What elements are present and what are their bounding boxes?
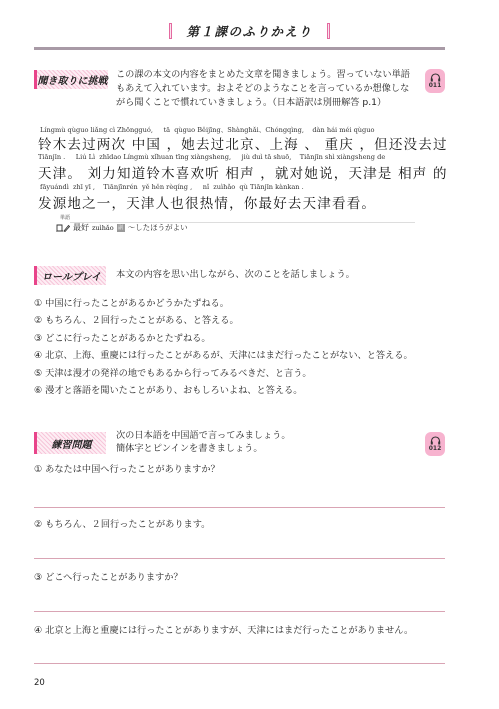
exercise-section-tag: 練習問題 xyxy=(34,432,106,454)
exercise-instructions: 次の日本語を中国語で言ってみましょう。 簡体字とピンインを書きましょう。 xyxy=(116,429,396,455)
answer-line[interactable] xyxy=(34,663,445,664)
listening-instructions: この課の本文の内容をまとめた文章を聞きましょう。習っていない単語 もあえて入れて… xyxy=(116,68,416,110)
roleplay-item: ① 中国に行ったことがあるかどうかたずねる。 xyxy=(34,295,413,312)
roleplay-item: ④ 北京、上海、重慶には行ったことがあるが、天津にはまだ行ったことがない、と答え… xyxy=(34,347,413,364)
roleplay-list: ① 中国に行ったことがあるかどうかたずねる。 ② もちろん、２回行ったことがある… xyxy=(34,295,413,399)
audio-track-number: 011 xyxy=(429,82,442,89)
roleplay-section-tag: ロールプレイ xyxy=(34,266,106,285)
hanzi-line: 铃木去过两次 中国 ，她去过北京、上海 、 重庆 ，但还没去过 xyxy=(38,133,448,153)
headphones-icon xyxy=(430,436,441,445)
exercise-question: ① あなたは中国へ行ったことがありますか？ xyxy=(34,461,220,475)
hanzi-line: 发源地之一，天津人也很热情，你最好去天津看看。 xyxy=(38,192,376,212)
exercise-question: ③ どこへ行ったことがありますか？ xyxy=(34,569,183,583)
answer-line[interactable] xyxy=(34,507,445,508)
title-bracket-left xyxy=(169,23,172,39)
exercise-instruction-line: 次の日本語を中国語で言ってみましょう。 xyxy=(116,429,396,442)
roleplay-item: ② もちろん、２回行ったことがある、と答える。 xyxy=(34,312,413,329)
hanzi-line: 天津。 刘力知道铃木喜欢听 相声 ，就对她说，天津是 相声 的 xyxy=(38,162,448,182)
audio-track-number: 012 xyxy=(429,445,442,452)
pinyin-line: Tiānjīn . Liú Lì zhīdao Língmù xǐhuan tī… xyxy=(38,153,385,161)
listening-instruction-line: もあえて入れています。およそどのようなことを言っているか想像しな xyxy=(116,82,416,96)
vocab-item: 最好 zuìhǎo 副 ～したほうがよい xyxy=(56,222,188,233)
exercise-question: ④ 北京と上海と重慶には行ったことがありますが、天津にはまだ行ったことがありませ… xyxy=(34,622,413,636)
roleplay-instruction: 本文の内容を思い出しながら、次のことを話しましょう。 xyxy=(116,268,416,282)
book-pencil-icon xyxy=(56,223,70,232)
listening-instruction-line: がら聞くことで慣れていきましょう。（日本語訳は別冊解答 p.1） xyxy=(116,96,416,110)
title-bracket-right xyxy=(327,23,330,39)
answer-line[interactable] xyxy=(34,558,445,559)
vocab-part-of-speech: 副 xyxy=(117,224,125,232)
headphones-icon xyxy=(430,73,441,82)
listening-section-tag: 聞き取りに挑戦 xyxy=(34,70,108,89)
audio-track-012-button[interactable]: 012 xyxy=(425,432,445,456)
vocab-pinyin: zuìhǎo xyxy=(92,224,114,232)
page-title: 第１課のふりかえり xyxy=(186,22,312,40)
listening-instruction-line: この課の本文の内容をまとめた文章を聞きましょう。習っていない単語 xyxy=(116,68,416,82)
vocab-label: 単語 xyxy=(60,214,70,221)
roleplay-item: ⑥ 漫才と落語を聞いたことがあり、おもしろいよね、と答える。 xyxy=(34,382,413,399)
vocab-hanzi: 最好 xyxy=(73,222,89,233)
roleplay-item: ⑤ 天津は漫才の発祥の地でもあるから行ってみるべきだ、と言う。 xyxy=(34,365,413,382)
audio-track-011-button[interactable]: 011 xyxy=(425,69,445,93)
header-rule xyxy=(34,47,445,50)
roleplay-item: ③ どこに行ったことがあるかとたずねる。 xyxy=(34,330,413,347)
page-number: 20 xyxy=(34,678,45,688)
answer-line[interactable] xyxy=(34,611,445,612)
pinyin-line: fāyuándì zhī yī , Tiānjīnrén yě hěn rèqí… xyxy=(40,183,304,191)
page-header: 第１課のふりかえり xyxy=(0,22,499,43)
vocab-meaning: ～したほうがよい xyxy=(128,222,188,233)
exercise-question: ② もちろん、２回行ったことがあります。 xyxy=(34,516,210,530)
exercise-instruction-line: 簡体字とピンインを書きましょう。 xyxy=(116,442,396,455)
